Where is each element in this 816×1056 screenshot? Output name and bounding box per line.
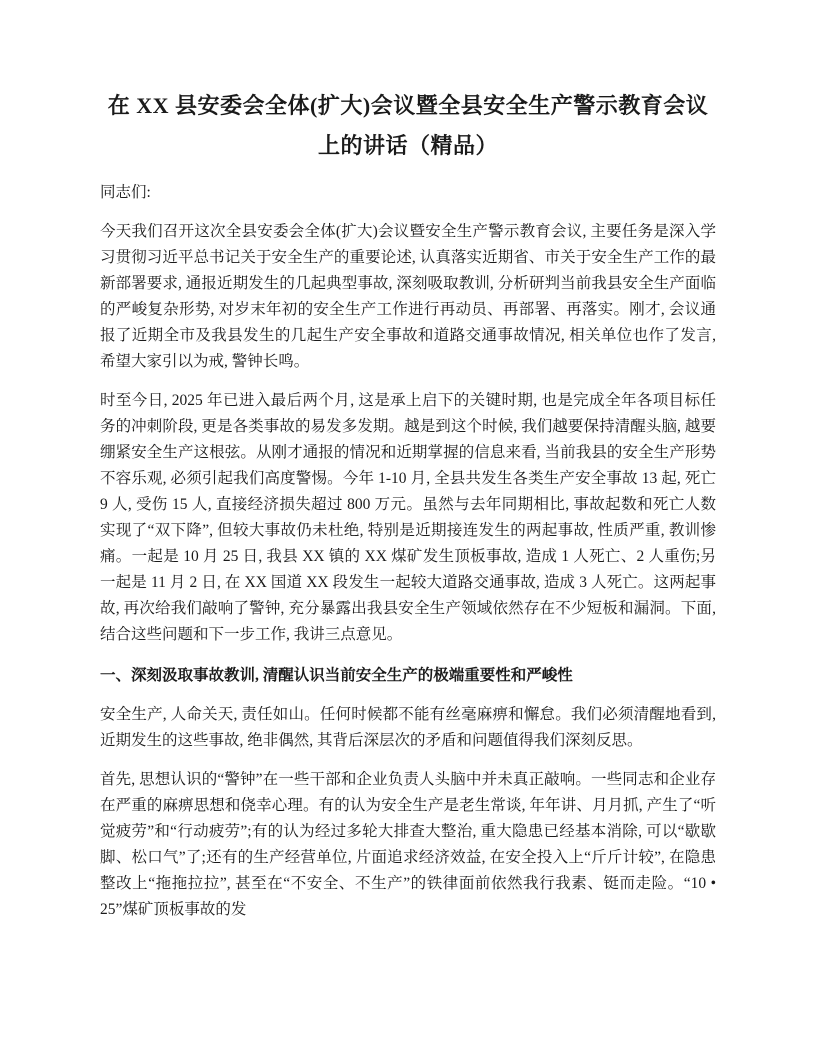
- document-title: 在 XX 县安委会全体(扩大)会议暨全县安全生产警示教育会议上的讲话（精品）: [100, 86, 716, 166]
- paragraph-ideological-awareness: 首先, 思想认识的“警钟”在一些干部和企业负责人头脑中并未真正敲响。一些同志和企…: [100, 767, 716, 923]
- salutation: 同志们:: [100, 180, 716, 206]
- paragraph-meeting-opening: 今天我们召开这次全县安委会全体(扩大)会议暨安全生产警示教育会议, 主要任务是深…: [100, 219, 716, 375]
- document-page: 在 XX 县安委会全体(扩大)会议暨全县安全生产警示教育会议上的讲话（精品） 同…: [0, 0, 816, 1056]
- section-one-heading: 一、深刻汲取事故教训, 清醒认识当前安全生产的极端重要性和严峻性: [100, 663, 716, 689]
- paragraph-situation-analysis: 时至今日, 2025 年已进入最后两个月, 这是承上启下的关键时期, 也是完成全…: [100, 388, 716, 648]
- paragraph-section-one-intro: 安全生产, 人命关天, 责任如山。任何时候都不能有丝毫麻痹和懈怠。我们必须清醒地…: [100, 702, 716, 754]
